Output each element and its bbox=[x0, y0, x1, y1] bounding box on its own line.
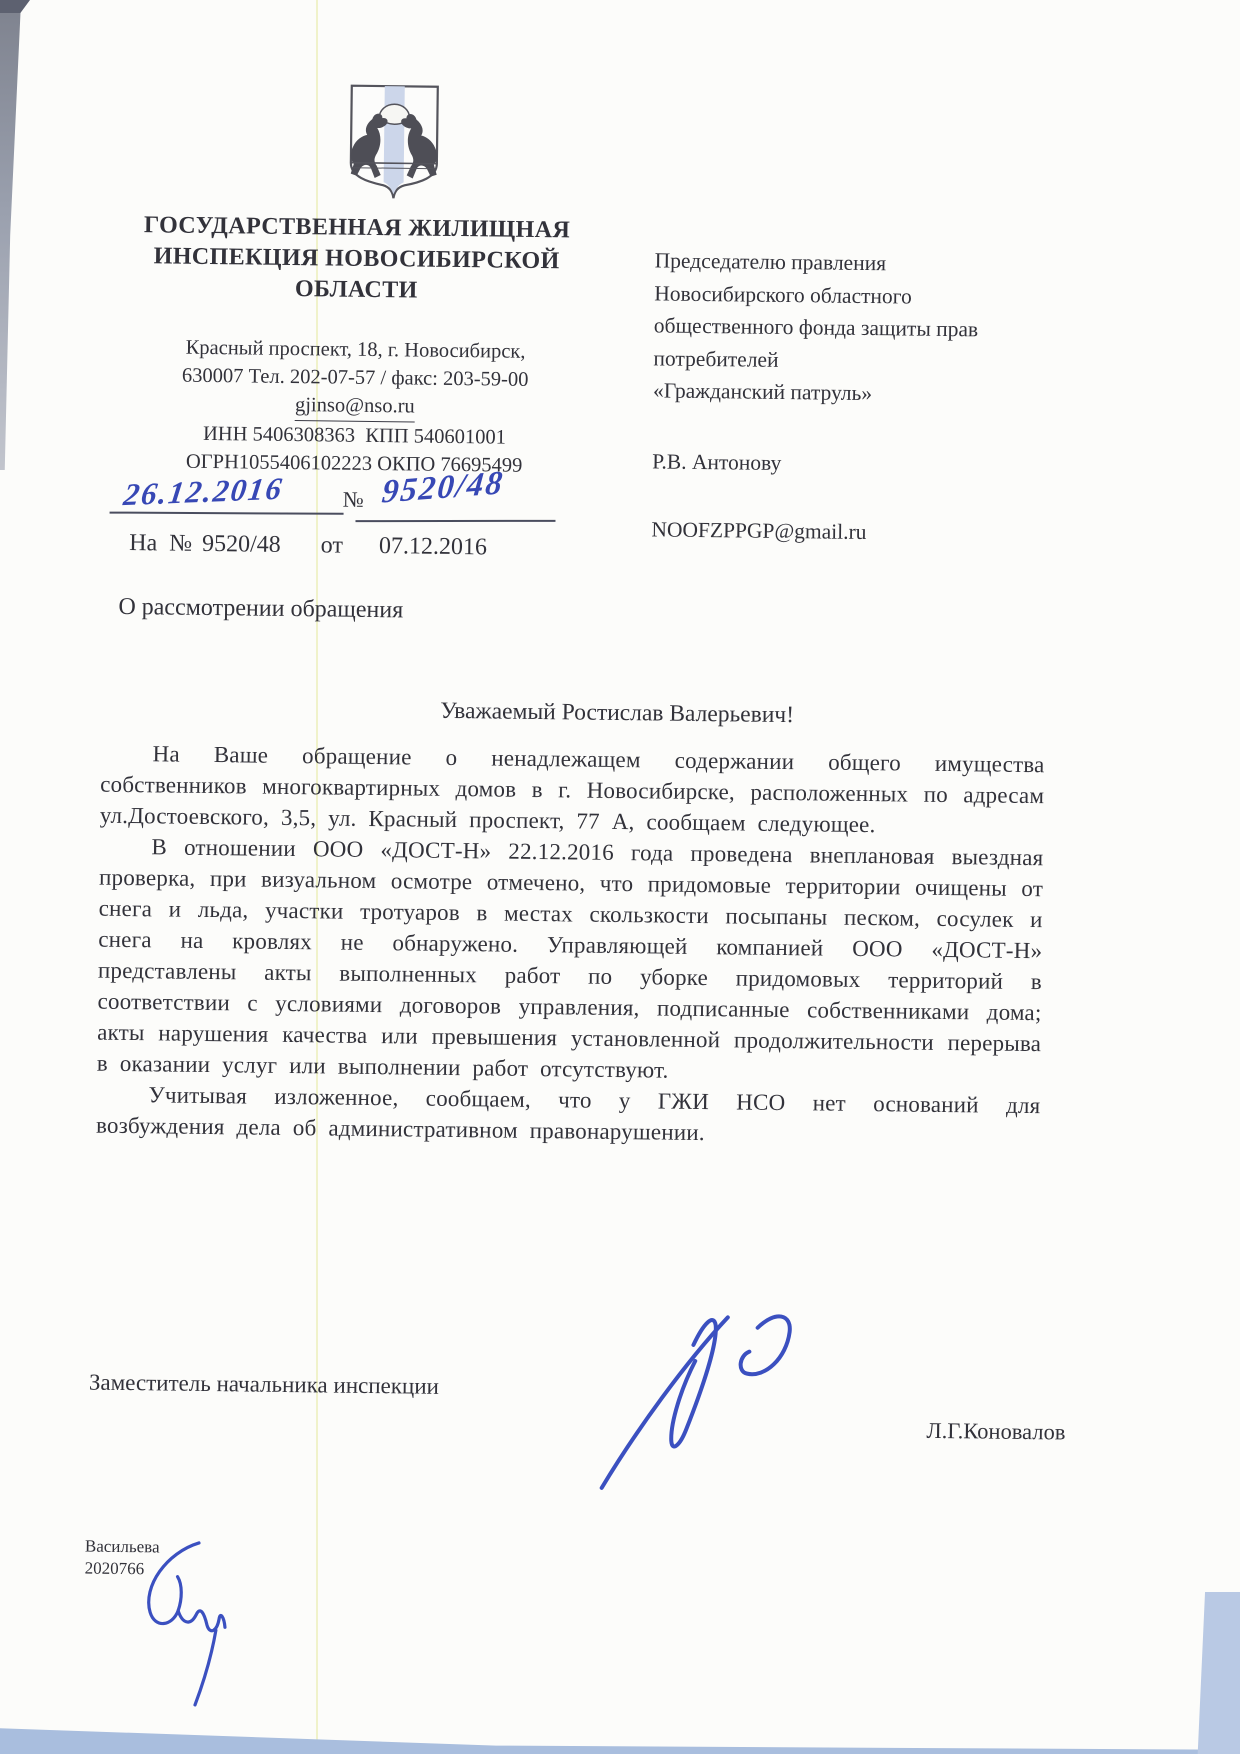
signer-name: Л.Г.Коновалов bbox=[926, 1418, 1065, 1446]
recipient-line: Председателю правления bbox=[654, 244, 1064, 282]
recipient-block: Председателю правления Новосибирского об… bbox=[651, 244, 1065, 550]
body-paragraph-3: Учитывая изложенное, сообщаем, что у ГЖИ… bbox=[96, 1079, 1041, 1153]
reference-number: 9520/48 bbox=[202, 531, 281, 559]
form-underline-date bbox=[110, 512, 344, 515]
reference-date: 07.12.2016 bbox=[379, 533, 487, 561]
signer-title: Заместитель начальника инспекции bbox=[89, 1370, 439, 1400]
scanned-letter-page: ГОСУДАРСТВЕННАЯ ЖИЛИЩНАЯ ИНСПЕКЦИЯ НОВОС… bbox=[0, 0, 1240, 1754]
form-underline-number bbox=[355, 520, 555, 522]
org-email: gjinso@nso.ru bbox=[295, 391, 415, 422]
phone-fax-line: 630007 Тел. 202-07-57 / факс: 203-59-00 bbox=[109, 361, 601, 395]
org-name-line-2: ИНСПЕКЦИЯ НОВОСИБИРСКОЙ bbox=[111, 241, 603, 278]
konovalov-signature bbox=[588, 1300, 830, 1498]
letter-body: На Ваше обращение о ненадлежащем содержа… bbox=[96, 738, 1045, 1153]
reference-prefix: На № bbox=[129, 530, 192, 558]
subject-line: О рассмотрении обращения bbox=[118, 594, 403, 624]
salutation: Уважаемый Ростислав Валерьевич! bbox=[0, 692, 1237, 734]
letter-content: ГОСУДАРСТВЕННАЯ ЖИЛИЩНАЯ ИНСПЕКЦИЯ НОВОС… bbox=[0, 0, 1240, 1754]
recipient-email: NOOFZPPGP@gmail.ru bbox=[651, 513, 1061, 551]
recipient-line: Новосибирского областного bbox=[654, 277, 1064, 315]
reference-number-line: На № 9520/48 от 07.12.2016 bbox=[129, 530, 487, 561]
recipient-line: потребителей bbox=[653, 342, 1063, 380]
handwritten-outgoing-number: 9520/48 bbox=[380, 465, 506, 512]
reference-ot: от bbox=[321, 532, 344, 559]
recipient-line: «Гражданский патруль» bbox=[653, 374, 1063, 412]
letterhead: ГОСУДАРСТВЕННАЯ ЖИЛИЩНАЯ ИНСПЕКЦИЯ НОВОС… bbox=[108, 210, 603, 481]
recipient-line: общественного фонда защиты прав bbox=[654, 309, 1064, 347]
vasilyeva-paraph-signature bbox=[135, 1534, 237, 1710]
number-sign: № bbox=[343, 487, 364, 513]
body-paragraph-2: В отношении ООО «ДОСТ-Н» 22.12.2016 года… bbox=[97, 831, 1044, 1091]
recipient-name: Р.В. Антонову bbox=[652, 445, 1062, 483]
coat-of-arms-novosibirsk-region-icon bbox=[347, 83, 440, 202]
handwritten-outgoing-date: 26.12.2016 bbox=[121, 471, 285, 514]
org-name-line-3: ОБЛАСТИ bbox=[110, 272, 602, 309]
body-paragraph-1: На Ваше обращение о ненадлежащем содержа… bbox=[100, 738, 1045, 843]
